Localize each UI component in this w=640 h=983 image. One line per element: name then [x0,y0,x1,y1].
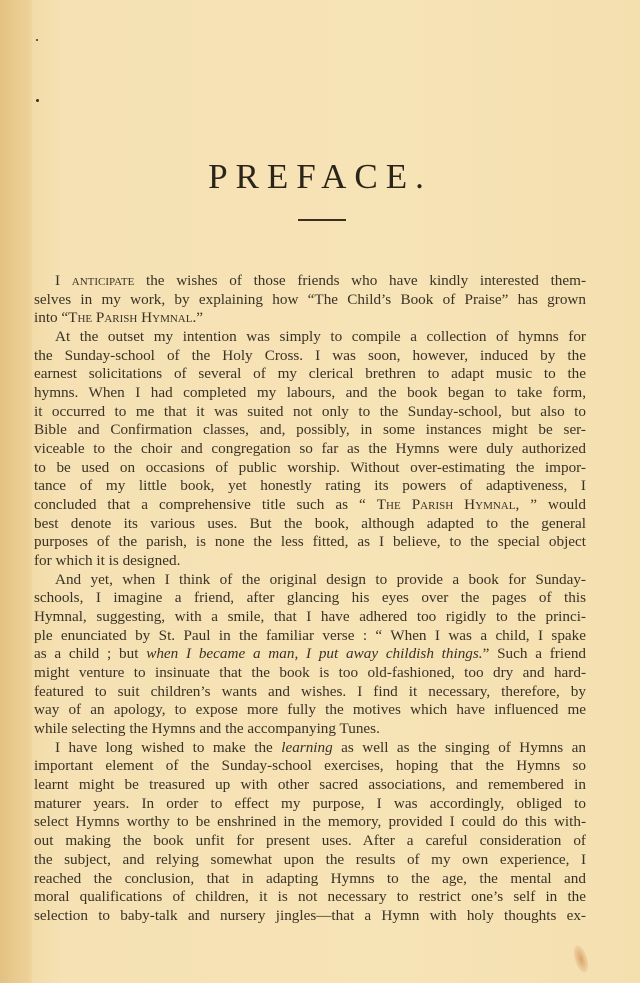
text-line: to be used on occasions of public worshi… [34,459,586,478]
text-line: earnest solicitations of several of my c… [34,365,586,384]
text-run: selves in my work, by explaining how “Th… [34,291,586,308]
text-run: into “ [34,309,68,326]
text-run: it occurred to me that it was suited not… [34,403,586,420]
text-run: to be used on occasions of public worshi… [34,459,586,476]
text-run: out making the book unfit for present us… [34,832,586,849]
text-run: earnest solicitations of several of my c… [34,365,586,382]
text-run: tance of my little book, yet honestly ra… [34,477,586,494]
text-line: selection to baby-talk and nursery jingl… [34,907,586,926]
text-run: purposes of the parish, is none the less… [34,533,586,550]
text-line: while selecting the Hymns and the accomp… [34,720,586,739]
italic-text: when I became a man, I put away childish… [146,645,482,662]
text-line: the subject, and relying somewhat upon t… [34,851,586,870]
preface-body-text: I anticipate the wishes of those friends… [34,272,586,926]
title-rule-divider [298,219,346,221]
text-run: the subject, and relying somewhat upon t… [34,851,586,868]
small-caps-text: The Parish Hymnal, [377,496,520,513]
text-line: I have long wished to make the learning … [34,739,586,758]
text-line: best denote its various uses. But the bo… [34,515,586,534]
ink-speck [36,99,39,102]
text-line: it occurred to me that it was suited not… [34,403,586,422]
text-run: as a child ; but [34,645,146,662]
text-line: hymns. When I had completed my labours, … [34,384,586,403]
text-run: And yet, when I think of the original de… [55,571,586,588]
text-line: I anticipate the wishes of those friends… [34,272,586,291]
text-run: the Sunday-school of the Holy Cross. I w… [34,347,586,364]
text-run: the wishes of those friends who have kin… [134,272,586,289]
text-run: ” [196,309,203,326]
page-gutter-shadow [0,0,32,983]
page-title: PREFACE. [0,157,640,197]
text-line: tance of my little book, yet honestly ra… [34,477,586,496]
text-run: ” Such a friend [483,645,586,662]
small-caps-text: anticipate [72,272,135,289]
text-run: I have long wished to make the [55,739,281,756]
text-run: might venture to insinuate that the book… [34,664,586,681]
text-line: And yet, when I think of the original de… [34,571,586,590]
text-run: ” would [519,496,586,513]
text-run: Bible and Confirmation classes, and, pos… [34,421,586,438]
text-run: selection to baby-talk and nursery jingl… [34,907,586,924]
text-line: learnt might be treasured up with other … [34,776,586,795]
text-run: hymns. When I had completed my labours, … [34,384,586,401]
text-run: moral qualifications of children, it is … [34,888,586,905]
text-line: ple enunciated by St. Paul in the famili… [34,627,586,646]
text-run: important element of the Sunday-school e… [34,757,586,774]
paper-stain [571,944,591,974]
text-line: as a child ; but when I became a man, I … [34,645,586,664]
text-run: learnt might be treasured up with other … [34,776,586,793]
text-line: viceable to the choir and congregation s… [34,440,586,459]
text-line: into “The Parish Hymnal.” [34,309,586,328]
text-run: best denote its various uses. But the bo… [34,515,586,532]
text-line: the Sunday-school of the Holy Cross. I w… [34,347,586,366]
text-run: as well as the singing of Hymns an [333,739,586,756]
text-line: important element of the Sunday-school e… [34,757,586,776]
text-line: for which it is designed. [34,552,586,571]
text-run: while selecting the Hymns and the accomp… [34,720,380,737]
text-run: At the outset my intention was simply to… [55,328,586,345]
text-run: ple enunciated by St. Paul in the famili… [34,627,586,644]
text-line: might venture to insinuate that the book… [34,664,586,683]
text-run: way of an apology, to expose more fully … [34,701,586,718]
text-run: reached the conclusion, that in adapting… [34,870,586,887]
text-run: featured to suit children’s wants and wi… [34,683,586,700]
ink-speck [36,39,38,41]
text-line: out making the book unfit for present us… [34,832,586,851]
text-run: select Hymns worthy to be enshrined in t… [34,813,586,830]
text-line: maturer years. In order to effect my pur… [34,795,586,814]
text-line: featured to suit children’s wants and wi… [34,683,586,702]
text-line: Bible and Confirmation classes, and, pos… [34,421,586,440]
text-run: maturer years. In order to effect my pur… [34,795,586,812]
text-line: Hymnal, suggesting, with a smile, that I… [34,608,586,627]
text-line: purposes of the parish, is none the less… [34,533,586,552]
italic-text: learning [281,739,332,756]
small-caps-text: The Parish Hymnal. [68,309,196,326]
text-line: selves in my work, by explaining how “Th… [34,291,586,310]
text-run: I [55,272,72,289]
text-run: for which it is designed. [34,552,180,569]
text-line: way of an apology, to expose more fully … [34,701,586,720]
text-line: reached the conclusion, that in adapting… [34,870,586,889]
text-line: At the outset my intention was simply to… [34,328,586,347]
text-run: viceable to the choir and congregation s… [34,440,586,457]
text-line: select Hymns worthy to be enshrined in t… [34,813,586,832]
text-line: schools, I imagine a friend, after glanc… [34,589,586,608]
text-run: schools, I imagine a friend, after glanc… [34,589,586,606]
book-page: PREFACE. I anticipate the wishes of thos… [0,0,640,983]
text-run: concluded that a comprehensive title suc… [34,496,377,513]
text-run: Hymnal, suggesting, with a smile, that I… [34,608,586,625]
text-line: concluded that a comprehensive title suc… [34,496,586,515]
text-line: moral qualifications of children, it is … [34,888,586,907]
